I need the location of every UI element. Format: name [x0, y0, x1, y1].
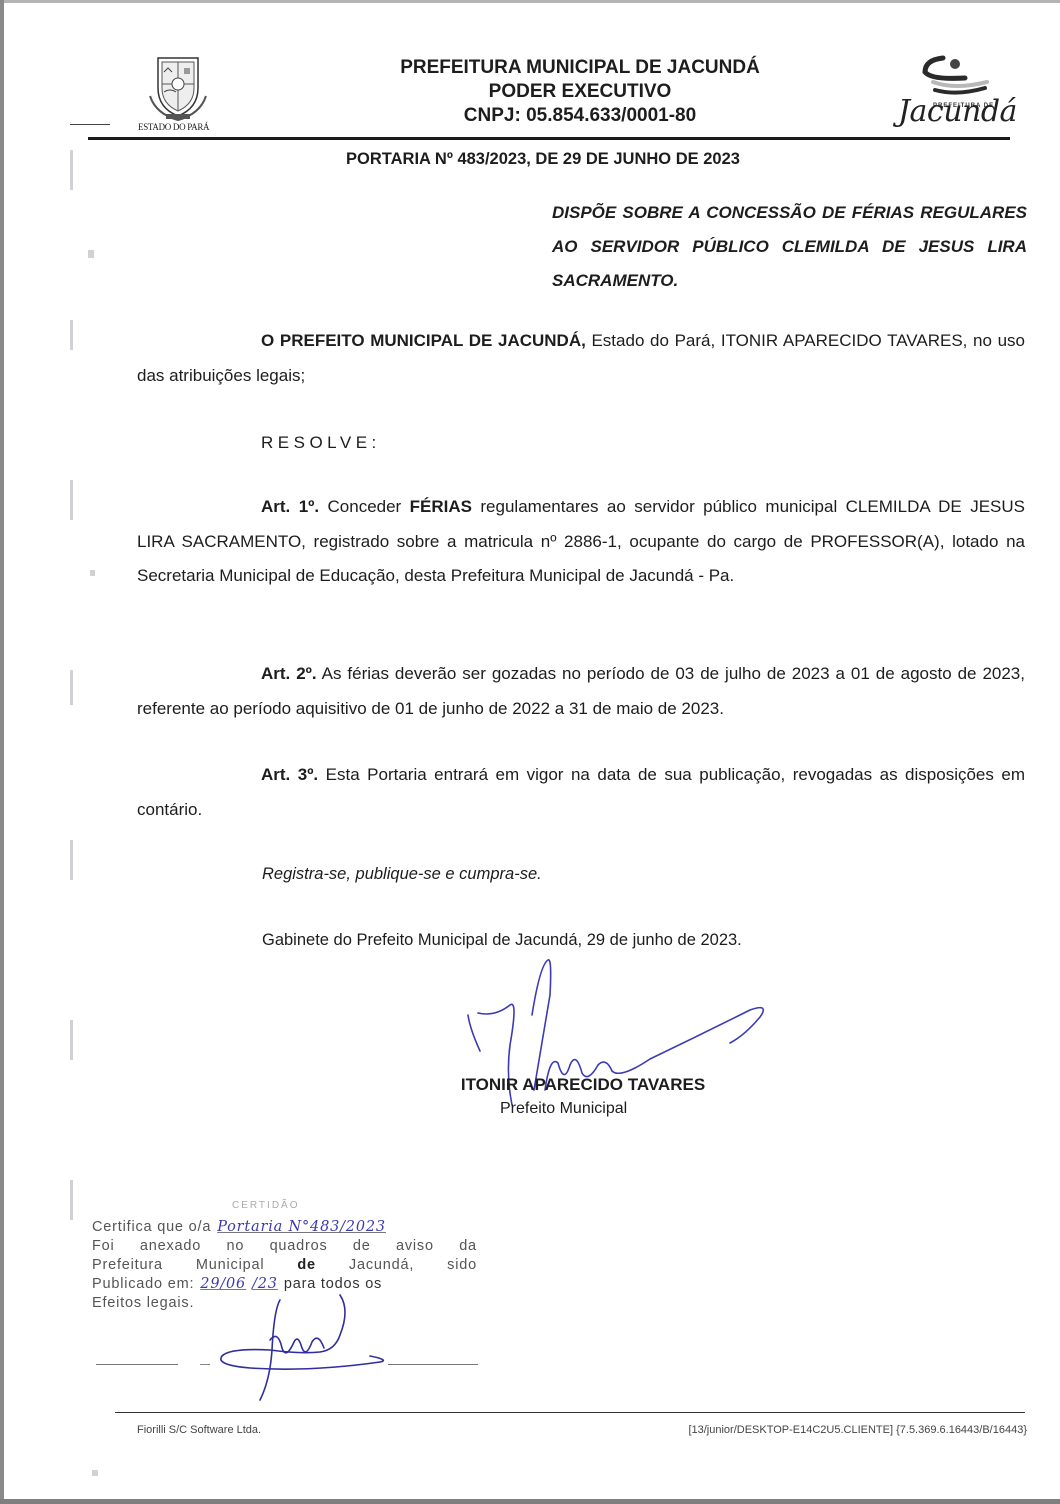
scan-edge-left: [0, 0, 4, 1504]
stamp-word: de: [297, 1256, 316, 1275]
stamp-legal-effects: Efeitos legais.: [92, 1294, 194, 1313]
stamp-word: Municipal: [196, 1256, 264, 1275]
article-2-label: Art. 2º.: [261, 664, 317, 683]
article-3: Art. 3º. Esta Portaria entrará em vigor …: [137, 758, 1025, 827]
letterhead: PREFEITURA MUNICIPAL DE JACUNDÁ PODER EX…: [340, 56, 820, 128]
letterhead-line-1: PREFEITURA MUNICIPAL DE JACUNDÁ: [340, 56, 820, 80]
stamp-published-label: Publicado em:: [92, 1275, 194, 1294]
stamp-word: da: [459, 1237, 477, 1256]
stamp-word: Jacundá,: [349, 1256, 414, 1275]
letterhead-cnpj: CNPJ: 05.854.633/0001-80: [340, 104, 820, 128]
header-divider: [88, 137, 1010, 140]
stamp-line-3: Prefeitura Municipal de Jacundá, sido: [92, 1256, 477, 1275]
article-1-pre: Conceder: [319, 497, 410, 516]
stamp-word: de: [353, 1237, 371, 1256]
article-2: Art. 2º. As férias deverão ser gozadas n…: [137, 657, 1025, 726]
crest-caption: ESTADO DO PARÁ: [138, 122, 209, 132]
municipal-crest-icon: [146, 52, 210, 124]
article-1-label: Art. 1º.: [261, 497, 319, 516]
signer-name: ITONIR APARECIDO TAVARES: [438, 1075, 728, 1095]
article-1-bold: FÉRIAS: [410, 497, 472, 516]
letterhead-line-2: PODER EXECUTIVO: [340, 80, 820, 104]
stamp-word: Foi: [92, 1237, 115, 1256]
stamp-word: aviso: [396, 1237, 434, 1256]
stamp-word: no: [226, 1237, 244, 1256]
scan-edge-top: [0, 0, 1060, 3]
footer-system-reference: [13/junior/DESKTOP-E14C2U5.CLIENTE] {7.5…: [688, 1424, 1027, 1436]
stamp-handwritten-reference: Portaria N°483/2023: [217, 1218, 386, 1237]
scan-edge-bottom: [0, 1499, 1060, 1504]
stamp-header: CERTIDÃO: [232, 1200, 300, 1211]
stamp-word: quadros: [270, 1237, 328, 1256]
preamble: O PREFEITO MUNICIPAL DE JACUNDÁ, Estado …: [137, 324, 1025, 393]
stamp-word: anexado: [140, 1237, 201, 1256]
stamp-signature-line: [200, 1364, 210, 1365]
document-title: PORTARIA Nº 483/2023, DE 29 DE JUNHO DE …: [346, 150, 740, 169]
stamp-signature-line: [96, 1364, 178, 1365]
place-and-date: Gabinete do Prefeito Municipal de Jacund…: [262, 931, 742, 950]
preamble-authority: O PREFEITO MUNICIPAL DE JACUNDÁ,: [261, 331, 586, 350]
stamp-signature-icon: [210, 1290, 400, 1405]
footer-divider: [115, 1412, 1025, 1413]
handwritten-signature-icon: [440, 955, 800, 1120]
closing-formula: Registra-se, publique-se e cumpra-se.: [262, 865, 542, 884]
article-3-label: Art. 3º.: [261, 765, 318, 784]
footer-software-credit: Fiorilli S/C Software Ltda.: [137, 1424, 261, 1436]
stamp-signature-line: [388, 1364, 478, 1365]
stamp-line-1: Certifica que o/a: [92, 1218, 211, 1237]
divider: [70, 124, 110, 125]
resolve-heading: RESOLVE:: [261, 433, 381, 453]
logo-wordmark: Jacundá: [898, 94, 1017, 129]
document-summary: DISPÕE SOBRE A CONCESSÃO DE FÉRIAS REGUL…: [552, 196, 1027, 298]
signer-title: Prefeito Municipal: [500, 1100, 627, 1118]
article-1: Art. 1º. Conceder FÉRIAS regulamentares …: [137, 490, 1025, 594]
stamp-line-2: Foi anexado no quadros de aviso da: [92, 1237, 477, 1256]
stamp-word: Prefeitura: [92, 1256, 163, 1275]
stamp-word: sido: [447, 1256, 477, 1275]
